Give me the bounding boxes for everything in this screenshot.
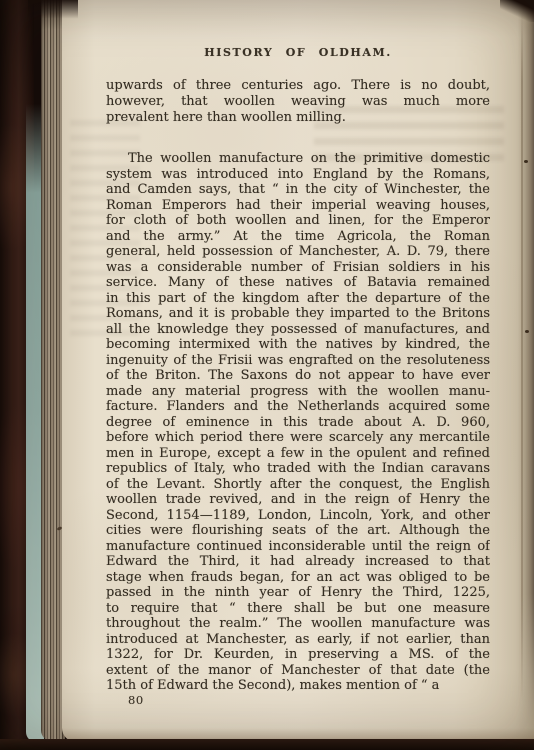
text-line: The woollen manufacture on the primitive… — [106, 151, 490, 167]
paragraph: The woollen manufacture on the primitive… — [106, 151, 490, 694]
cover-corner-top-left — [28, 0, 78, 22]
text-line: and the army.” At the time Agricola, the… — [106, 229, 490, 245]
text-line: was a considerable number of Frisian sol… — [106, 260, 490, 276]
text-line: upwards of three centuries ago. There is… — [106, 78, 490, 94]
text-line: stage when frauds began, for an act was … — [106, 570, 490, 586]
gutter-shadow — [518, 0, 534, 742]
text-line: Second, 1154—1189, London, Lincoln, York… — [106, 508, 490, 524]
text-line: becoming intermixed with the natives by … — [106, 337, 490, 353]
text-line: however, that woollen weaving was much m… — [106, 94, 490, 110]
text-line: introduced at Manchester, as early, if n… — [106, 632, 490, 648]
paragraph: upwards of three centuries ago. There is… — [106, 78, 490, 126]
text-line: extent of the manor of Manchester of tha… — [106, 663, 490, 679]
text-line: made any material progress with the wool… — [106, 384, 490, 400]
text-line: of the Levant. Shortly after the conques… — [106, 477, 490, 493]
text-line: general, held possession of Manchester, … — [106, 244, 490, 260]
text-line: system was introduced into England by th… — [106, 167, 490, 183]
text-line: all the knowledge they possessed of manu… — [106, 322, 490, 338]
text-line: of the Briton. The Saxons do not appear … — [106, 368, 490, 384]
text-line: woollen trade revived, and in the reign … — [106, 492, 490, 508]
book-page: HISTORY OF OLDHAM. upwards of three cent… — [62, 0, 534, 742]
page-number: 80 — [128, 693, 144, 707]
text-line: ingenuity of the Frisii was engrafted on… — [106, 353, 490, 369]
text-line: degree of eminence in this trade about A… — [106, 415, 490, 431]
text-line: Edward the Third, it had already increas… — [106, 554, 490, 570]
text-line: facture. Flanders and the Netherlands ac… — [106, 399, 490, 415]
running-header: HISTORY OF OLDHAM. — [106, 46, 490, 59]
text-line: service. Many of these natives of Batavi… — [106, 275, 490, 291]
text-line: to require that “ there shall be but one… — [106, 601, 490, 617]
cover-corner-top-right — [500, 0, 534, 22]
text-line: before which period there were scarcely … — [106, 430, 490, 446]
text-line: throughout the realm.” The woollen manuf… — [106, 616, 490, 632]
text-line: for cloth of both woollen and linen, for… — [106, 213, 490, 229]
text-line: and Camden says, that “ in the city of W… — [106, 182, 490, 198]
book-photo: HISTORY OF OLDHAM. upwards of three cent… — [0, 0, 534, 750]
text-line: prevalent here than woollen milling. — [106, 110, 490, 126]
text-line: cities were flourishing seats of the art… — [106, 523, 490, 539]
text-line: passed in the ninth year of Henry the Th… — [106, 585, 490, 601]
book-cover-bottom — [0, 739, 534, 750]
text-line: 15th of Edward the Second), makes mentio… — [106, 678, 490, 694]
text-line: republics of Italy, who traded with the … — [106, 461, 490, 477]
text-line: Roman Emperors had their imperial weavin… — [106, 198, 490, 214]
text-line: men in Europe, except a few in the opule… — [106, 446, 490, 462]
text-line: manufacture continued inconsiderable unt… — [106, 539, 490, 555]
text-line: 1322, for Dr. Keurden, in preserving a M… — [106, 647, 490, 663]
text-line: in this part of the kingdom after the de… — [106, 291, 490, 307]
text-line: Romans, and it is probable they imparted… — [106, 306, 490, 322]
text-block: upwards of three centuries ago. There is… — [106, 78, 490, 694]
